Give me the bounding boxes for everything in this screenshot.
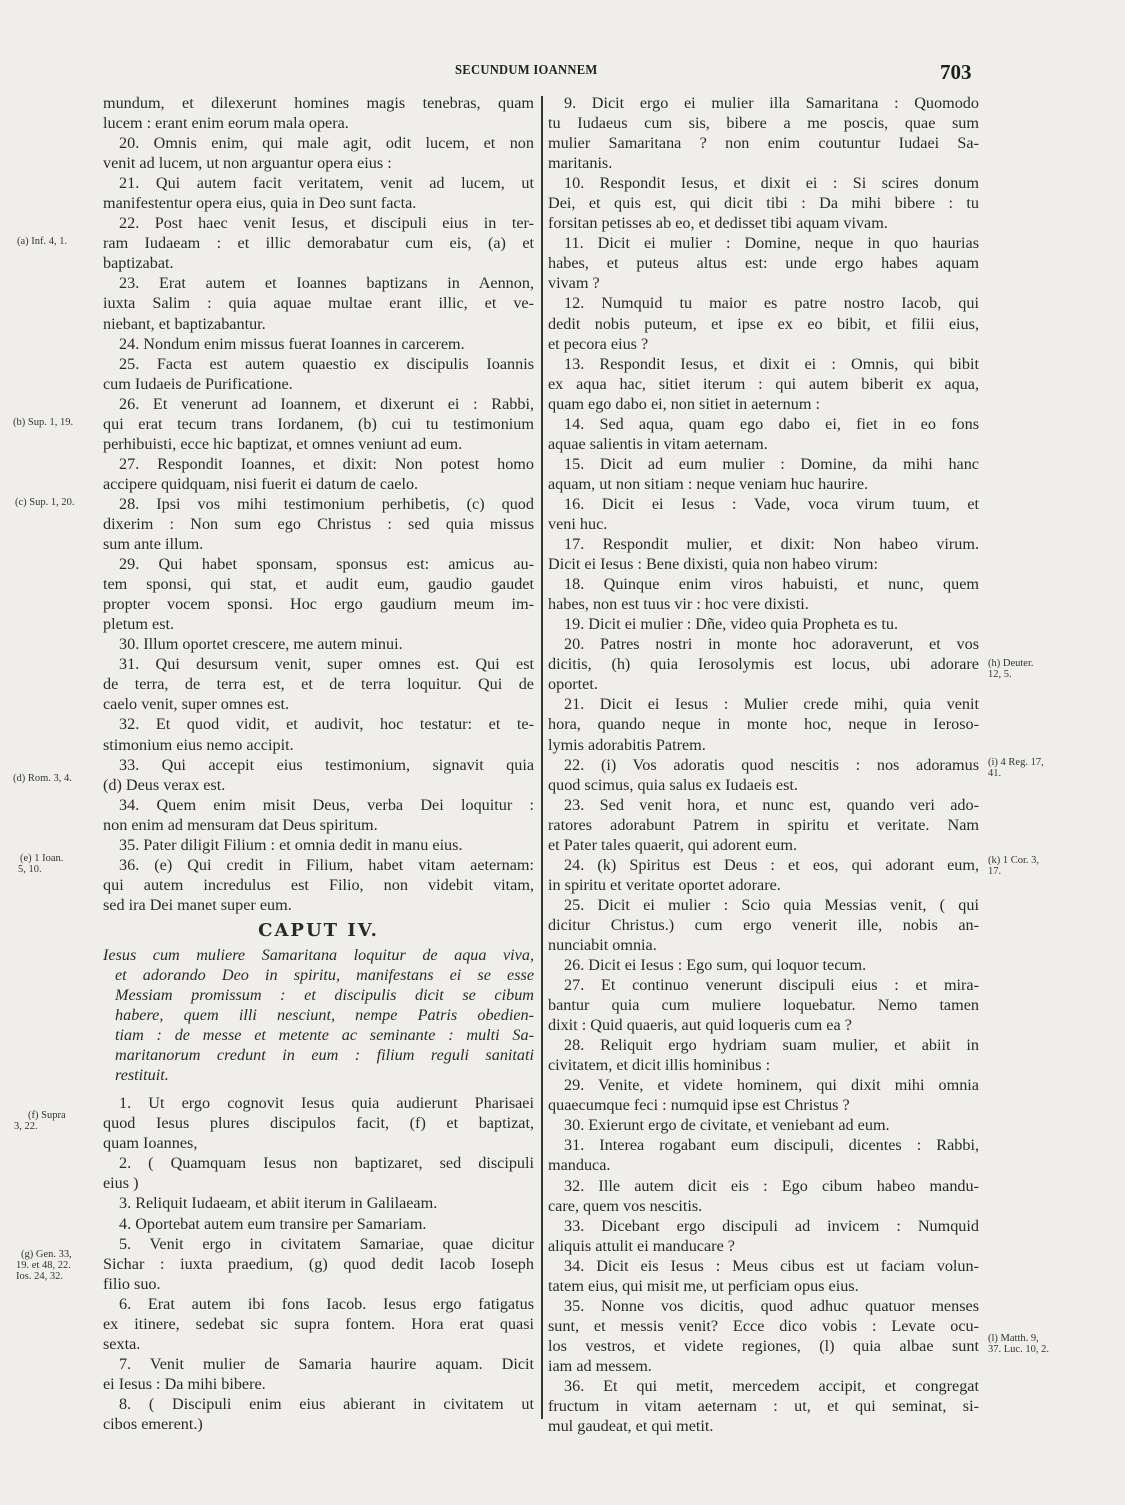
text-line: 30. Illum oportet crescere, me autem min… <box>103 634 534 654</box>
text-line: 20. Patres nostri in monte hoc adoraveru… <box>548 634 979 654</box>
text-line: quod Iesus plures discipulos facit, (f) … <box>103 1113 534 1133</box>
text-line: 14. Sed aqua, quam ego dabo ei, fiet in … <box>548 414 979 434</box>
text-line: 29. Qui habet sponsam, sponsus est: amic… <box>103 554 534 574</box>
text-line: 23. Erat autem et Ioannes baptizans in A… <box>103 273 534 293</box>
left-verses-after: 1. Ut ergo cognovit Iesus quia audierunt… <box>103 1093 534 1434</box>
text-line: 12. Numquid tu maior es patre nostro Iac… <box>548 293 979 313</box>
text-line: aquae salientis in vitam aeternam. <box>548 434 979 454</box>
book-page: SECUNDUM IOANNEM 703 mundum, et dilexeru… <box>0 0 1125 1505</box>
text-line: (d) Deus verax est. <box>103 775 534 795</box>
text-line: cibos emerent.) <box>103 1414 534 1434</box>
margin-note-h: (h) Deuter.12, 5. <box>988 658 1033 680</box>
text-line: 1. Ut ergo cognovit Iesus quia audierunt… <box>103 1093 534 1113</box>
text-line: dicitis, (h) quia Ierosolymis est locus,… <box>548 654 979 674</box>
text-line: dixit : Quid quaeris, aut quid loqueris … <box>548 1015 979 1035</box>
margin-note-c: (c) Sup. 1, 20. <box>15 497 75 508</box>
right-verses-block: 9. Dicit ergo ei mulier illa Samaritana … <box>548 93 979 1436</box>
text-line: mundum, et dilexerunt homines magis tene… <box>103 93 534 113</box>
text-line: accipere quidquam, nisi fuerit ei datum … <box>103 474 534 494</box>
text-line: habes, non est tuus vir : hoc vere dixis… <box>548 594 979 614</box>
text-line: cum Iudaeis de Purificatione. <box>103 374 534 394</box>
text-line: 5. Venit ergo in civitatem Samariae, qua… <box>103 1234 534 1254</box>
text-line: habes, et puteus altus est: unde ergo ha… <box>548 253 979 273</box>
text-line: niebant, et baptizabantur. <box>103 314 534 334</box>
text-line: 26. Et venerunt ad Ioannem, et dixerunt … <box>103 394 534 414</box>
text-line: perhibuisti, ecce hic baptizat, et omnes… <box>103 434 534 454</box>
text-line: dicitur Christus.) cum ergo venerit ille… <box>548 915 979 935</box>
text-line: 9. Dicit ergo ei mulier illa Samaritana … <box>548 93 979 113</box>
text-line: de terra, de terra est, et de terra loqu… <box>103 674 534 694</box>
text-line: mulier Samaritana ? non enim coutuntur I… <box>548 133 979 153</box>
text-line: tiam : de messe et metente ac seminante … <box>103 1025 534 1045</box>
text-line: 10. Respondit Iesus, et dixit ei : Si sc… <box>548 173 979 193</box>
text-line: caelo venit, super omnes est. <box>103 694 534 714</box>
right-column: 9. Dicit ergo ei mulier illa Samaritana … <box>548 93 979 1436</box>
margin-note-a: (a) Inf. 4, 1. <box>17 236 67 247</box>
text-line: 28. Ipsi vos mihi testimonium perhibetis… <box>103 494 534 514</box>
text-line: 30. Exierunt ergo de civitate, et venieb… <box>548 1115 979 1135</box>
text-line: 21. Qui autem facit veritatem, venit ad … <box>103 173 534 193</box>
text-line: ex itinere, sedebat sic supra fontem. Ho… <box>103 1314 534 1334</box>
text-line: qui autem incredulus est Filio, non vide… <box>103 875 534 895</box>
text-line: qui erat tecum trans Iordanem, (b) cui t… <box>103 414 534 434</box>
text-line: quam Ioannes, <box>103 1133 534 1153</box>
text-line: sunt, et messis venit? Ecce dico vobis :… <box>548 1316 979 1336</box>
text-line: 19. Dicit ei mulier : Dñe, video quia Pr… <box>548 614 979 634</box>
text-line: 24. Nondum enim missus fuerat Ioannes in… <box>103 334 534 354</box>
text-line: 31. Interea rogabant eum discipuli, dice… <box>548 1135 979 1155</box>
text-line: lucem : erant enim eorum mala opera. <box>103 113 534 133</box>
text-line: venit ad lucem, ut non arguantur opera e… <box>103 153 534 173</box>
text-line: et adorando Deo in spiritu, manifestans … <box>103 965 534 985</box>
chapter-summary: Iesus cum muliere Samaritana loquitur de… <box>103 945 534 1085</box>
margin-note-f: (f) Supra3, 22. <box>28 1110 66 1132</box>
text-line: maritanorum credunt in eum : filium regu… <box>103 1045 534 1065</box>
text-line: sum ante illum. <box>103 534 534 554</box>
text-line: 3. Reliquit Iudaeam, et abiit iterum in … <box>103 1193 534 1213</box>
text-line: propter vocem sponsi. Hoc ergo gaudium m… <box>103 594 534 614</box>
text-line: 34. Dicit eis Iesus : Meus cibus est ut … <box>548 1256 979 1276</box>
text-line: 7. Venit mulier de Samaria haurire aquam… <box>103 1354 534 1374</box>
text-line: 15. Dicit ad eum mulier : Domine, da mih… <box>548 454 979 474</box>
text-line: 13. Respondit Iesus, et dixit ei : Omnis… <box>548 354 979 374</box>
text-line: ratores adorabunt Patrem in spiritu et v… <box>548 815 979 835</box>
text-line: restituit. <box>103 1065 534 1085</box>
margin-note-e: (e) 1 Ioan.5, 10. <box>18 853 63 875</box>
text-line: 8. ( Discipuli enim eius abierant in civ… <box>103 1394 534 1414</box>
text-line: tu Iudaeus cum sis, bibere a me poscis, … <box>548 113 979 133</box>
column-divider <box>541 96 543 1419</box>
text-line: Dei, et quis est, qui dicit tibi : Da mi… <box>548 193 979 213</box>
text-line: civitatem, et dicit illis hominibus : <box>548 1055 979 1075</box>
text-line: 35. Pater diligit Filium : et omnia dedi… <box>103 835 534 855</box>
text-line: 33. Dicebant ergo discipuli ad invicem :… <box>548 1216 979 1236</box>
text-line: 33. Qui accepit eius testimonium, signav… <box>103 755 534 775</box>
text-line: eius ) <box>103 1173 534 1193</box>
chapter-heading: CAPUT IV. <box>103 915 534 945</box>
text-line: 4. Oportebat autem eum transire per Sama… <box>103 1214 534 1234</box>
text-line: et pecora eius ? <box>548 334 979 354</box>
text-line: 32. Et quod vidit, et audivit, hoc testa… <box>103 714 534 734</box>
text-line: non enim ad mensuram dat Deus spiritum. <box>103 815 534 835</box>
text-line: pletum est. <box>103 614 534 634</box>
margin-note-b: (b) Sup. 1, 19. <box>13 417 73 428</box>
text-line: 27. Et continuo venerunt discipuli eius … <box>548 975 979 995</box>
text-line: 32. Ille autem dicit eis : Ego cibum hab… <box>548 1176 979 1196</box>
text-line: quam ego dabo ei, non sitiet in aeternum… <box>548 394 979 414</box>
text-line: Iesus cum muliere Samaritana loquitur de… <box>103 945 534 965</box>
left-verses-block: mundum, et dilexerunt homines magis tene… <box>103 93 534 915</box>
text-line: 25. Facta est autem quaestio ex discipul… <box>103 354 534 374</box>
text-line: 36. Et qui metit, mercedem accipit, et c… <box>548 1376 979 1396</box>
margin-note-g: (g) Gen. 33,19. et 48, 22.Ios. 24, 32. <box>16 1249 72 1282</box>
text-line: dixerim : Non sum ego Christus : sed qui… <box>103 514 534 534</box>
text-line: aquam, ut non sitiam : neque veniam huc … <box>548 474 979 494</box>
text-line: quaecumque feci : numquid ipse est Chris… <box>548 1095 979 1115</box>
text-line: et Pater tales quaerit, qui adorent eum. <box>548 835 979 855</box>
text-line: los vestros, et videte regiones, (l) qui… <box>548 1336 979 1356</box>
text-line: habere, quem illi nesciunt, nempe Patris… <box>103 1005 534 1025</box>
text-line: 34. Quem enim misit Deus, verba Dei loqu… <box>103 795 534 815</box>
text-line: aliquis attulit ei manducare ? <box>548 1236 979 1256</box>
text-line: 18. Quinque enim viros habuisti, et nunc… <box>548 574 979 594</box>
margin-note-k: (k) 1 Cor. 3,17. <box>988 855 1039 877</box>
text-line: sexta. <box>103 1334 534 1354</box>
text-line: 20. Omnis enim, qui male agit, odit luce… <box>103 133 534 153</box>
text-line: bantur quia cum muliere loquebatur. Nemo… <box>548 995 979 1015</box>
text-line: manifestentur opera eius, quia in Deo su… <box>103 193 534 213</box>
page-number: 703 <box>940 60 972 85</box>
text-line: 28. Reliquit ergo hydriam suam mulier, e… <box>548 1035 979 1055</box>
text-line: care, quem vos nescitis. <box>548 1196 979 1216</box>
text-line: 2. ( Quamquam Iesus non baptizaret, sed … <box>103 1153 534 1173</box>
text-line: 29. Venite, et videte hominem, qui dixit… <box>548 1075 979 1095</box>
margin-note-l: (l) Matth. 9,37. Luc. 10, 2. <box>988 1333 1049 1355</box>
text-line: ex aqua hac, sitiet iterum : qui autem b… <box>548 374 979 394</box>
text-line: baptizabat. <box>103 253 534 273</box>
margin-note-i: (i) 4 Reg. 17,41. <box>988 757 1044 779</box>
text-line: quod scimus, quia salus ex Iudaeis est. <box>548 775 979 795</box>
text-line: iam ad messem. <box>548 1356 979 1376</box>
text-line: vivam ? <box>548 273 979 293</box>
text-line: filio suo. <box>103 1274 534 1294</box>
text-line: 23. Sed venit hora, et nunc est, quando … <box>548 795 979 815</box>
text-line: oportet. <box>548 674 979 694</box>
text-line: dedit nobis puteum, et ipse ex eo bibit,… <box>548 314 979 334</box>
text-line: in spiritu et veritate oportet adorare. <box>548 875 979 895</box>
text-line: 36. (e) Qui credit in Filium, habet vita… <box>103 855 534 875</box>
text-line: manduca. <box>548 1155 979 1175</box>
text-line: Dicit ei Iesus : Bene dixisti, quia non … <box>548 554 979 574</box>
text-line: 26. Dicit ei Iesus : Ego sum, qui loquor… <box>548 955 979 975</box>
text-line: mul gaudeat, et qui metit. <box>548 1416 979 1436</box>
text-line: veni huc. <box>548 514 979 534</box>
text-line: lymis adorabitis Patrem. <box>548 735 979 755</box>
text-line: nunciabit omnia. <box>548 935 979 955</box>
text-line: hora, quando neque in monte hoc, neque i… <box>548 714 979 734</box>
text-line: 17. Respondit mulier, et dixit: Non habe… <box>548 534 979 554</box>
text-line: sed ira Dei manet super eum. <box>103 895 534 915</box>
text-line: tatem eius, qui misit me, ut perficiam o… <box>548 1276 979 1296</box>
text-line: 35. Nonne vos dicitis, quod adhuc quatuo… <box>548 1296 979 1316</box>
text-line: 27. Respondit Ioannes, et dixit: Non pot… <box>103 454 534 474</box>
text-line: stimonium eius nemo accipit. <box>103 735 534 755</box>
text-line: 16. Dicit ei Iesus : Vade, voca virum tu… <box>548 494 979 514</box>
text-line: 11. Dicit ei mulier : Domine, neque in q… <box>548 233 979 253</box>
text-line: ram Iudaeam : et illic demorabatur cum e… <box>103 233 534 253</box>
left-column: mundum, et dilexerunt homines magis tene… <box>103 93 534 1434</box>
text-line: 22. (i) Vos adoratis quod nescitis : nos… <box>548 755 979 775</box>
text-line: maritanis. <box>548 153 979 173</box>
text-line: 21. Dicit ei Iesus : Mulier crede mihi, … <box>548 694 979 714</box>
text-line: Sichar : iuxta praedium, (g) quod dedit … <box>103 1254 534 1274</box>
margin-note-d: (d) Rom. 3, 4. <box>13 773 72 784</box>
text-line: ei Iesus : Da mihi bibere. <box>103 1374 534 1394</box>
text-line: Messiam promissum : et discipulis dicit … <box>103 985 534 1005</box>
text-line: fructum in vitam aeternam : ut, et qui s… <box>548 1396 979 1416</box>
text-line: iuxta Salim : quia aquae multae erant il… <box>103 293 534 313</box>
text-line: 25. Dicit ei mulier : Scio quia Messias … <box>548 895 979 915</box>
text-line: forsitan petisses ab eo, et dedisset tib… <box>548 213 979 233</box>
text-line: 6. Erat autem ibi fons Iacob. Iesus ergo… <box>103 1294 534 1314</box>
text-line: 22. Post haec venit Iesus, et discipuli … <box>103 213 534 233</box>
text-line: tem sponsi, qui stat, et audit eum, gaud… <box>103 574 534 594</box>
text-line: 31. Qui desursum venit, super omnes est.… <box>103 654 534 674</box>
running-title: SECUNDUM IOANNEM <box>455 63 598 79</box>
text-line: 24. (k) Spiritus est Deus : et eos, qui … <box>548 855 979 875</box>
